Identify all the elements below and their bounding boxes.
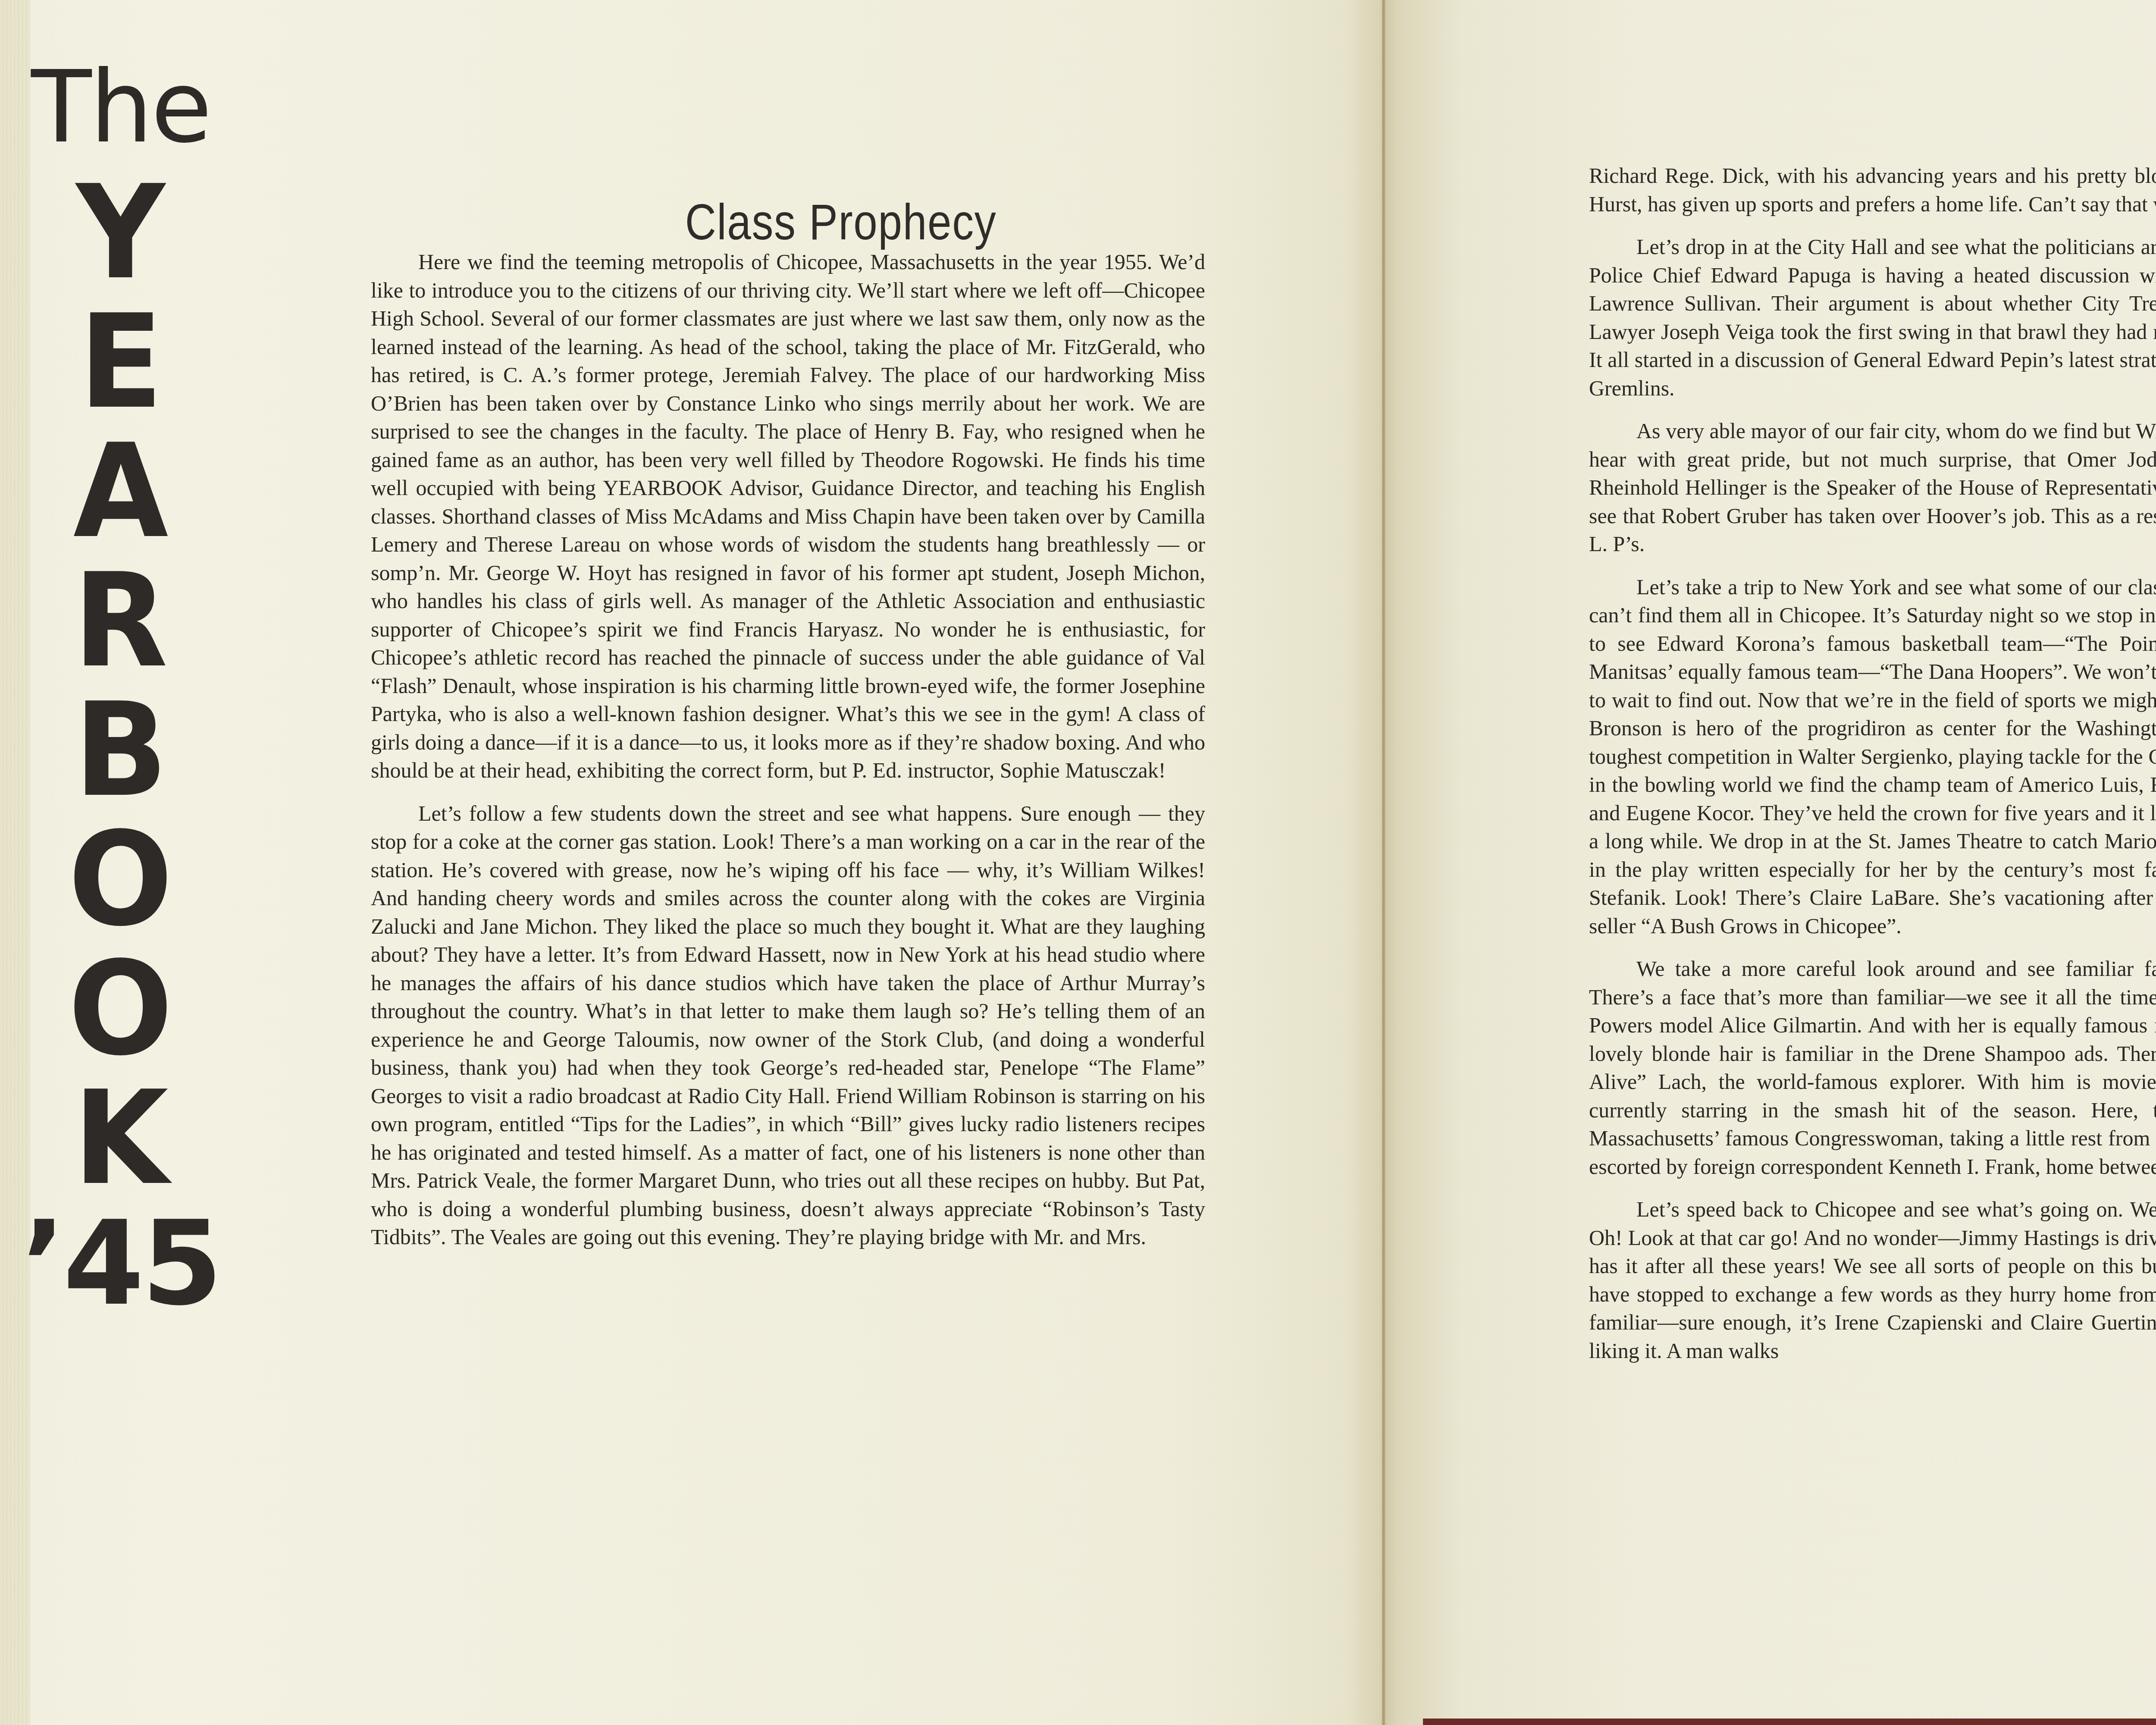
paragraph-continued: Richard Rege. Dick, with his advancing y…: [1589, 162, 2156, 218]
title-letter-y: Y: [76, 168, 165, 298]
title-letter-o: O: [69, 944, 173, 1074]
paragraph: As very able mayor of our fair city, who…: [1589, 417, 2156, 558]
title-the: The: [31, 65, 210, 151]
title-letter-e: E: [79, 298, 163, 427]
title-letter-b: B: [74, 686, 167, 815]
title-letter-o: O: [69, 815, 173, 944]
vertical-yearbook-title-left: The Y E A R B O O K ’45: [26, 65, 216, 1320]
paragraph: Here we find the teeming metropolis of C…: [371, 248, 1205, 785]
left-text-column: Here we find the teeming metropolis of C…: [371, 248, 1205, 1251]
paragraph: We take a more careful look around and s…: [1589, 955, 2156, 1181]
paragraph: Let’s drop in at the City Hall and see w…: [1589, 233, 2156, 402]
title-year: ’45: [22, 1207, 220, 1320]
title-letter-r: R: [73, 556, 168, 686]
title-letter-k: K: [73, 1074, 169, 1203]
right-text-column: Richard Rege. Dick, with his advancing y…: [1589, 162, 2156, 1365]
paragraph: Let’s speed back to Chicopee and see wha…: [1589, 1195, 2156, 1365]
book-gutter: [1382, 0, 1385, 1725]
paragraph: Let’s follow a few students down the str…: [371, 800, 1205, 1251]
title-letter-a: A: [73, 427, 169, 556]
book-cover-bottom: [1423, 1719, 2156, 1725]
page-title: Class Prophecy: [526, 193, 1156, 251]
paragraph: Let’s take a trip to New York and see wh…: [1589, 573, 2156, 941]
